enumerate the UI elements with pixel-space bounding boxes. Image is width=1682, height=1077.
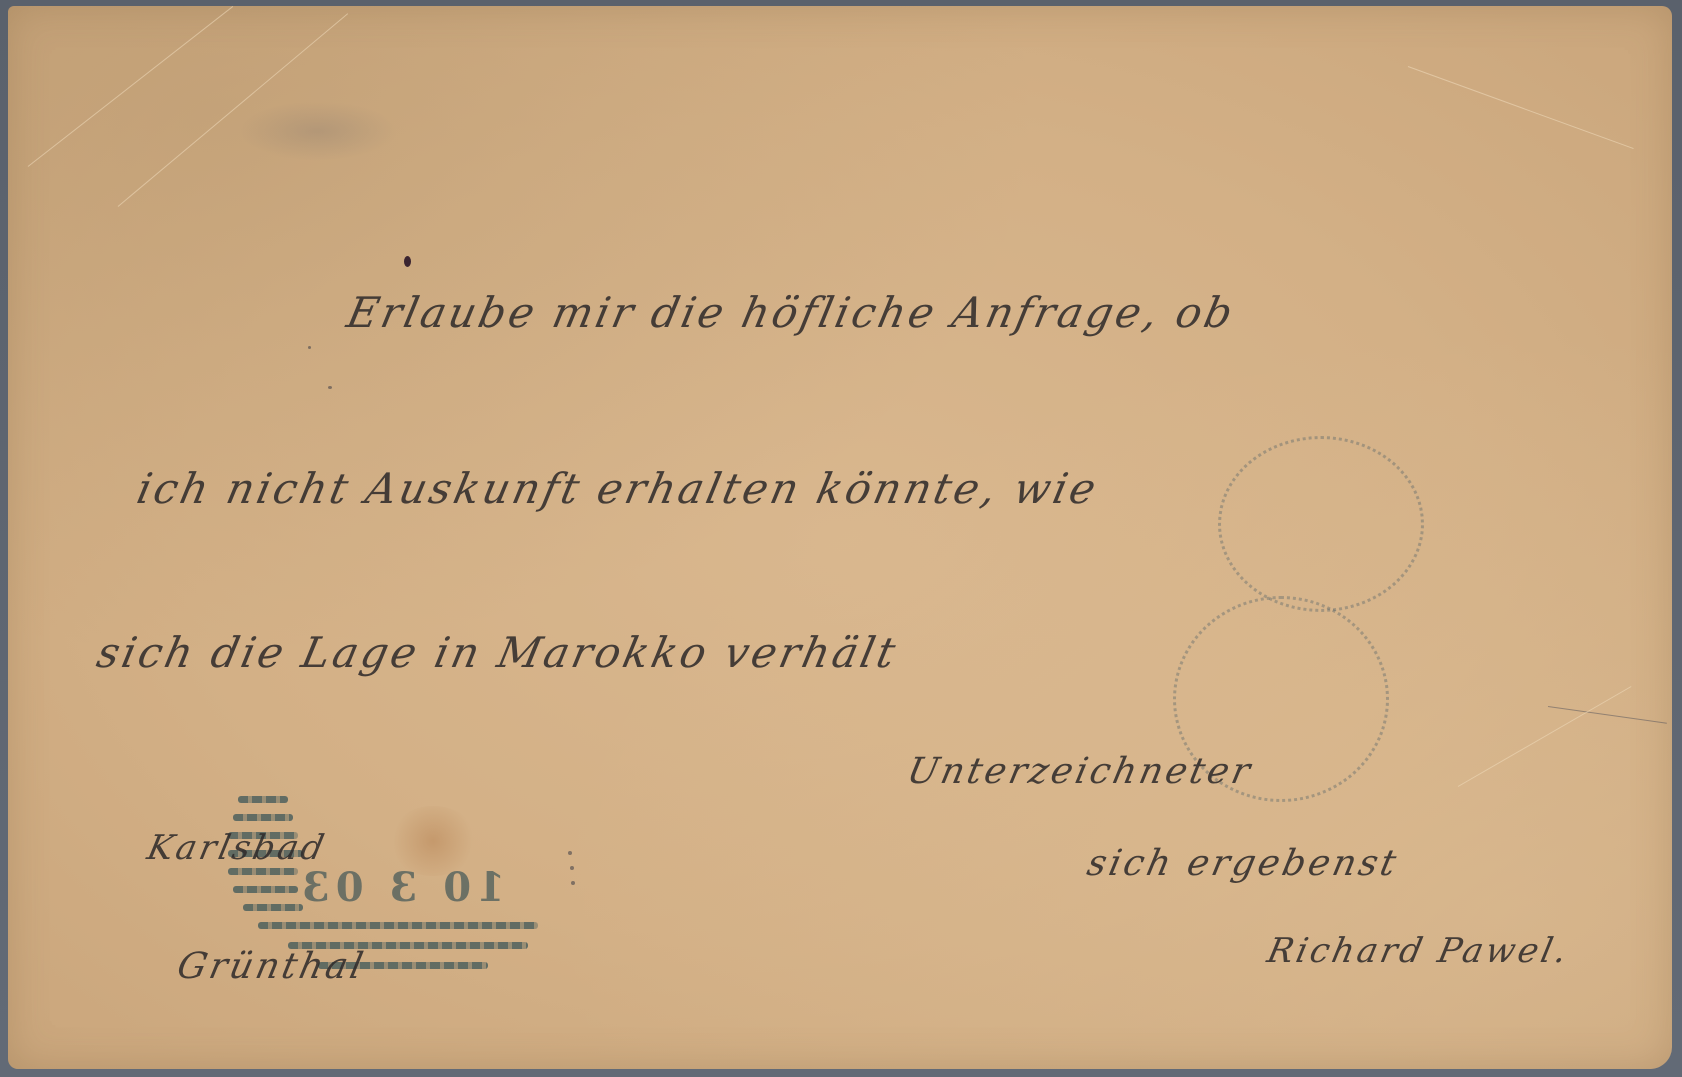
- cancel-bar: [228, 868, 298, 875]
- faint-postmark-top-left: [238, 101, 398, 161]
- ink-blot: [404, 256, 411, 267]
- paper-crease: [28, 6, 233, 167]
- paper-crease: [1408, 66, 1634, 149]
- closing-line: sich ergebenst: [1084, 843, 1403, 884]
- sender-address-line: Karlsbad: [144, 828, 331, 868]
- cancel-bar: [233, 814, 293, 821]
- ink-speck: [571, 881, 575, 885]
- signature: Richard Pawel.: [1264, 931, 1574, 971]
- cancel-bar: [238, 796, 288, 803]
- ink-speck: [568, 851, 572, 855]
- postcard: Erlaube mir die höfliche Anfrage, ob ich…: [8, 6, 1672, 1069]
- sender-address-line: Grünthal: [174, 946, 370, 987]
- cancel-bar: [258, 922, 538, 929]
- ink-speck: [308, 346, 311, 349]
- ink-speck: [570, 866, 574, 870]
- closing-line: Unterzeichneter: [904, 751, 1257, 792]
- cancel-bar: [233, 886, 298, 893]
- paper-crease: [1548, 706, 1667, 724]
- ink-speck: [328, 386, 332, 389]
- postmark-circle: [1218, 436, 1424, 612]
- message-line: Erlaube mir die höfliche Anfrage, ob: [343, 288, 1240, 337]
- postmark-date: 10 3 03: [296, 864, 505, 911]
- cancel-bar: [243, 904, 303, 911]
- paper-crease: [1458, 686, 1632, 787]
- message-line: sich die Lage in Marokko verhält: [93, 628, 903, 677]
- message-line: ich nicht Auskunft erhalten könnte, wie: [133, 464, 1103, 513]
